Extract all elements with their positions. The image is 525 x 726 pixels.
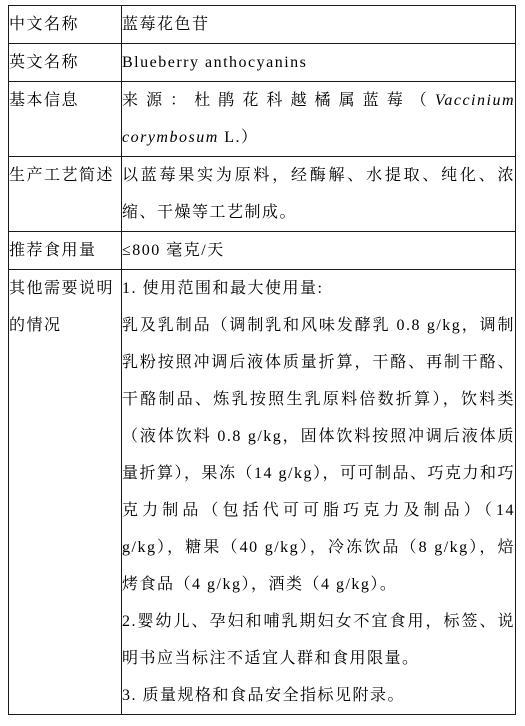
row-value-recommended-intake: ≤800 毫克/天 bbox=[122, 232, 516, 270]
table-row-basic-info: 基本信息 来源：杜鹃花科越橘属蓝莓（Vaccinium corymbosum L… bbox=[9, 82, 516, 157]
row-value-basic-info: 来源：杜鹃花科越橘属蓝莓（Vaccinium corymbosum L.） bbox=[122, 82, 516, 157]
row-value-chinese-name: 蓝莓花色苷 bbox=[122, 6, 516, 44]
table-row-other-notes: 其他需要说明的情况 1. 使用范围和最大使用量: 乳及乳制品（调制乳和风味发酵乳… bbox=[9, 270, 516, 715]
row-label-production-process: 生产工艺简述 bbox=[9, 157, 122, 232]
document-page: 中文名称 蓝莓花色苷 英文名称 Blueberry anthocyanins 基… bbox=[0, 0, 525, 726]
other-notes-paragraph-unsuitable-groups: 2.婴幼儿、孕妇和哺乳期妇女不宜食用，标签、说明书应当标注不适宜人群和食用限量。 bbox=[122, 603, 515, 677]
table-row-recommended-intake: 推荐食用量 ≤800 毫克/天 bbox=[9, 232, 516, 270]
row-value-english-name: Blueberry anthocyanins bbox=[122, 44, 516, 82]
other-notes-paragraph-quality-specs: 3. 质量规格和食品安全指标见附录。 bbox=[122, 677, 515, 714]
row-label-other-notes: 其他需要说明的情况 bbox=[9, 270, 122, 715]
basic-info-source-prefix: 来源：杜鹃花科越橘属蓝莓（ bbox=[122, 92, 435, 109]
row-label-recommended-intake: 推荐食用量 bbox=[9, 232, 122, 270]
ingredient-info-table: 中文名称 蓝莓花色苷 英文名称 Blueberry anthocyanins 基… bbox=[8, 5, 516, 715]
row-value-other-notes: 1. 使用范围和最大使用量: 乳及乳制品（调制乳和风味发酵乳 0.8 g/kg，… bbox=[122, 270, 516, 715]
table-row-chinese-name: 中文名称 蓝莓花色苷 bbox=[9, 6, 516, 44]
other-notes-paragraph-usage-limits: 乳及乳制品（调制乳和风味发酵乳 0.8 g/kg，调制乳粉按照冲调后液体质量折算… bbox=[122, 307, 515, 603]
row-label-english-name: 英文名称 bbox=[9, 44, 122, 82]
other-notes-paragraph-usage-scope: 1. 使用范围和最大使用量: bbox=[122, 270, 515, 307]
table-row-english-name: 英文名称 Blueberry anthocyanins bbox=[9, 44, 516, 82]
row-value-production-process: 以蓝莓果实为原料，经酶解、水提取、纯化、浓缩、干燥等工艺制成。 bbox=[122, 157, 516, 232]
table-row-production-process: 生产工艺简述 以蓝莓果实为原料，经酶解、水提取、纯化、浓缩、干燥等工艺制成。 bbox=[9, 157, 516, 232]
basic-info-source-suffix: L.） bbox=[219, 129, 259, 146]
row-label-chinese-name: 中文名称 bbox=[9, 6, 122, 44]
row-label-basic-info: 基本信息 bbox=[9, 82, 122, 157]
